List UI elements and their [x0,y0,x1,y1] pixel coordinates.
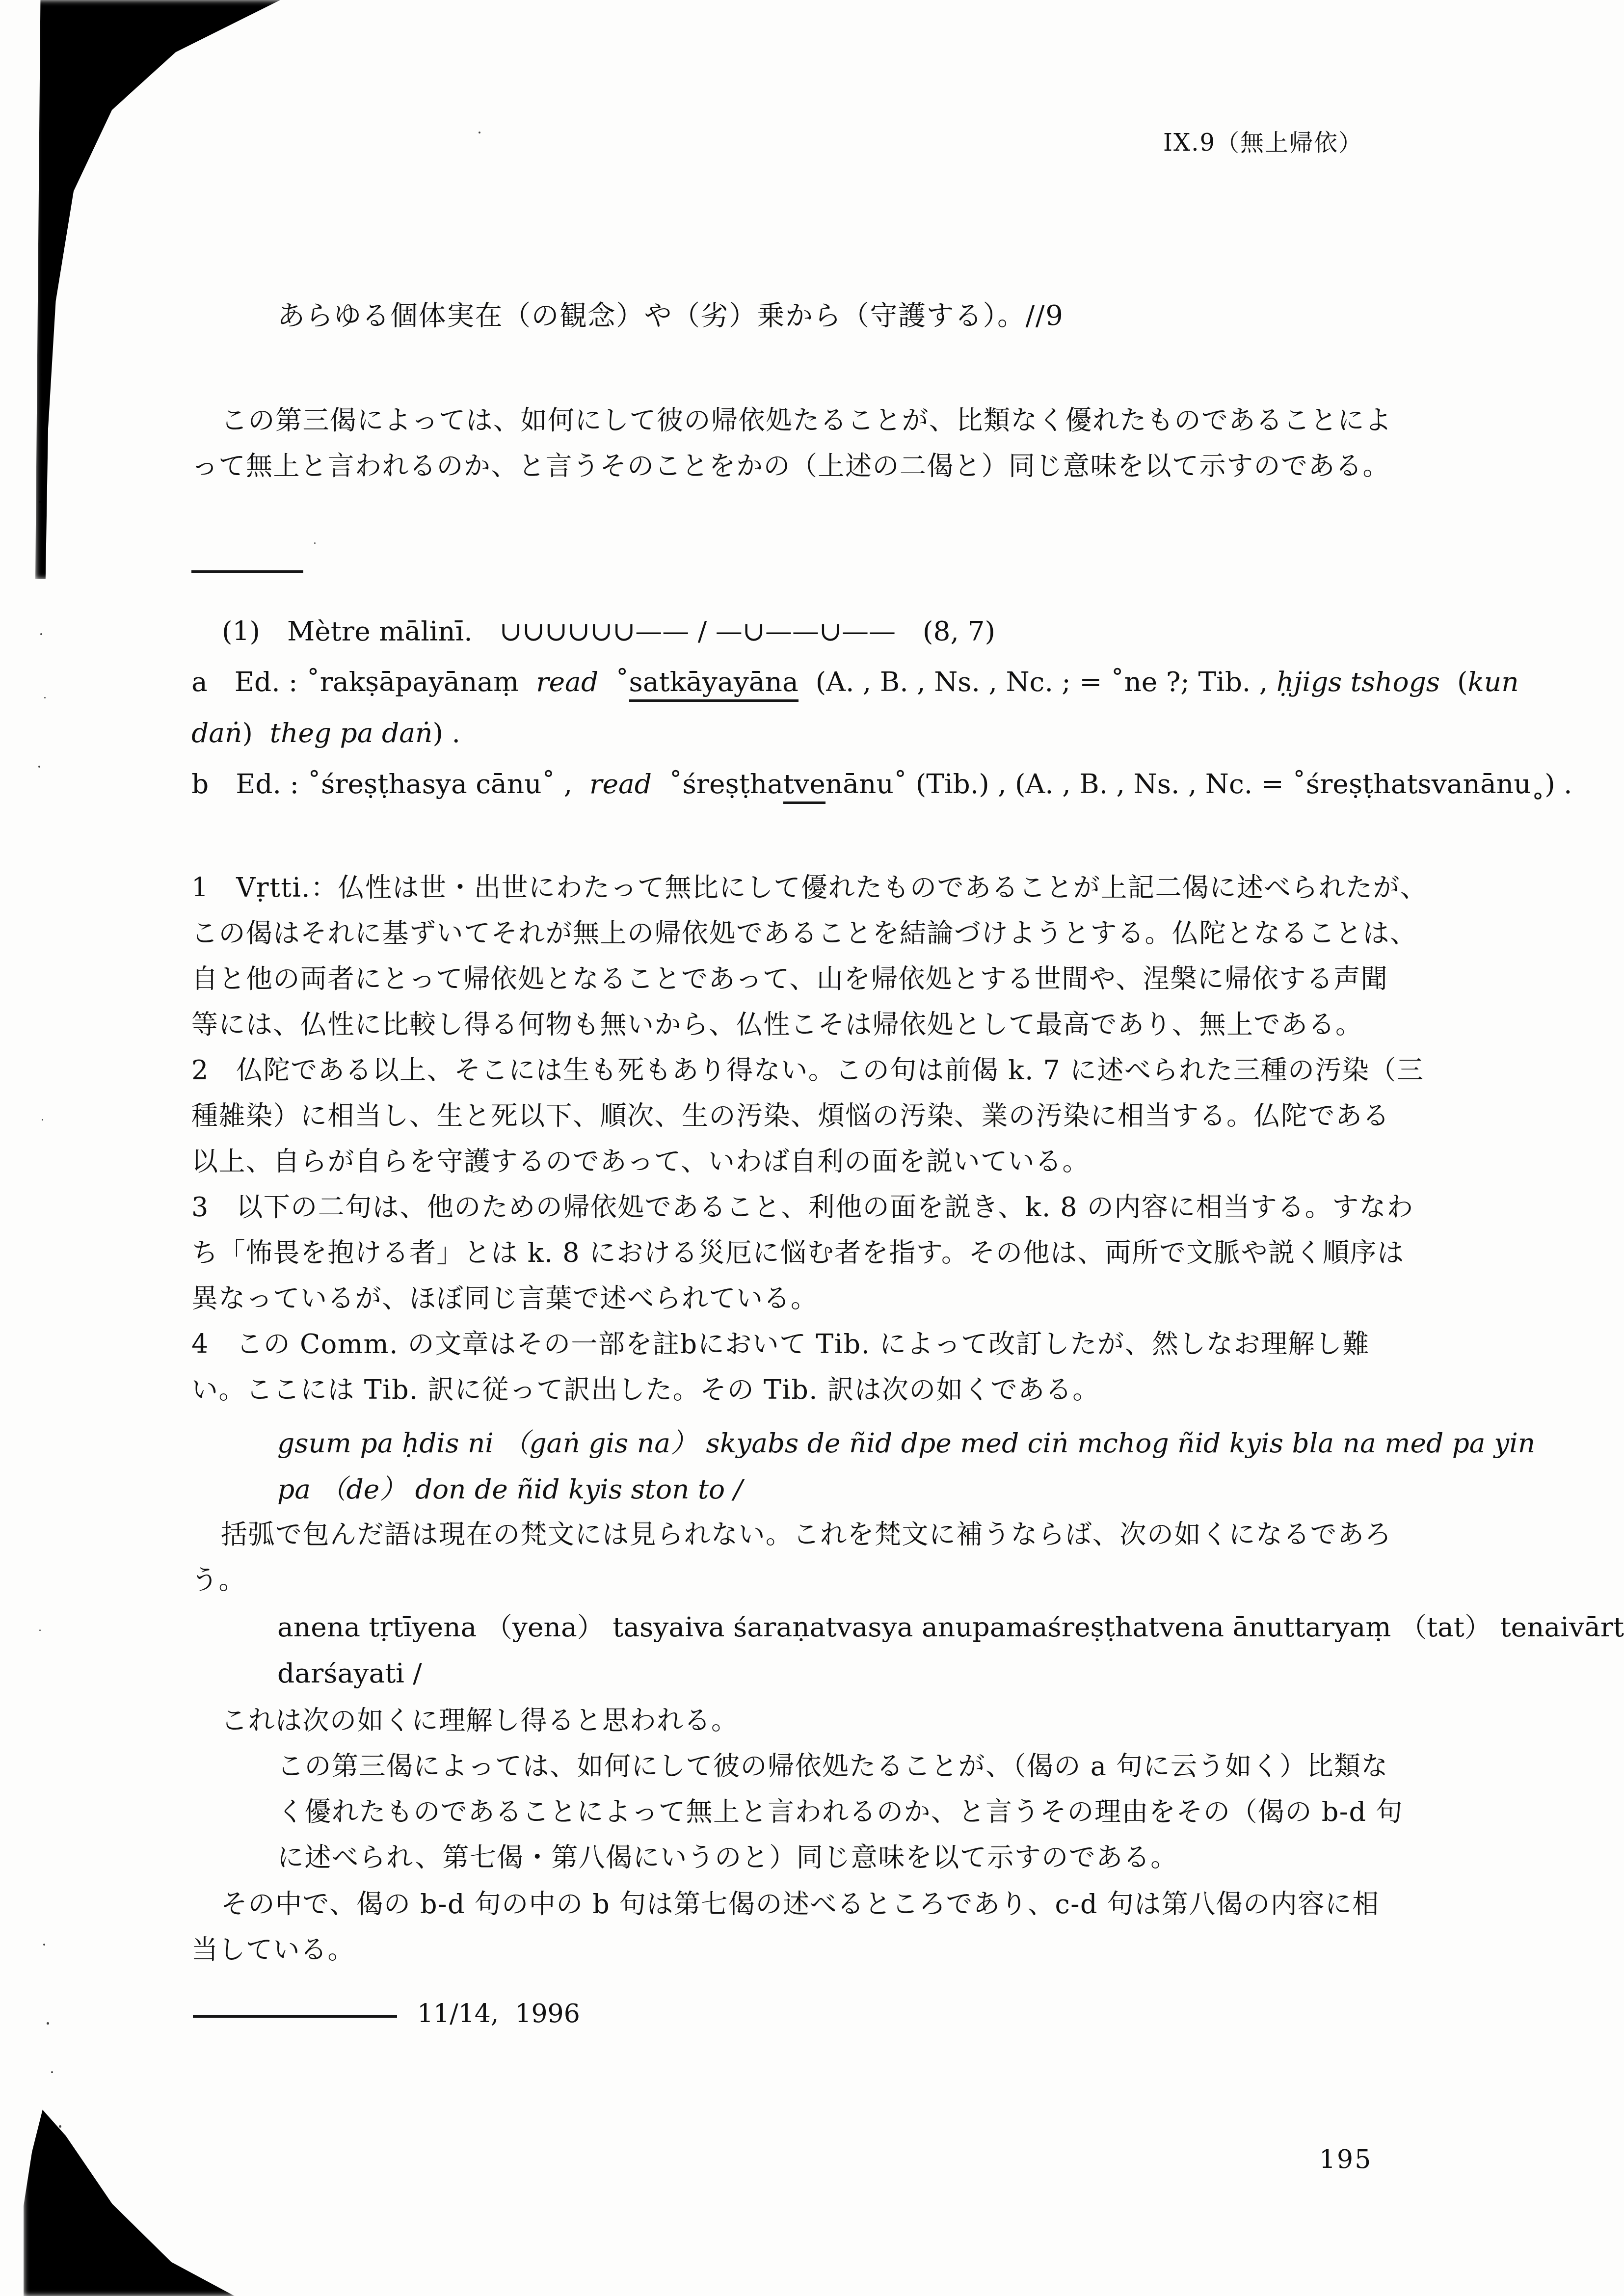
text-line: b Ed. : ˚śreṣṭhasya cānu˚ , read ˚śreṣṭh… [191,758,1572,809]
text-line: 1 Vṛtti.：仏性は世・出世にわたって無比にして優れたものであることが上記二… [191,865,1428,910]
text-line: う。 [191,1557,1392,1603]
text-line: く優れたものであることによって無上と言われるのか、と言うその理由をその（偈の b… [277,1789,1403,1835]
text-line: darśayati / [277,1650,1624,1696]
footer-rule [193,2015,397,2018]
text-line: その中で、偈の b-d 句の中の b 句は第七偈の述べるところであり、c-d 句… [191,1881,1380,1927]
scan-speckle [44,697,46,698]
text-line: ち「怖畏を抱ける者」とは k. 8 における災厄に悩む者を指す。その他は、両所で… [191,1230,1428,1276]
text-line: 異なっているが、ほぼ同じ言葉で述べられている。 [191,1276,1428,1321]
understanding-line: これは次の如くに理解し得ると思われる。 [221,1698,739,1744]
text-line: 等には、仏性に比較し得る何物も無いから、仏性こそは帰依処として最高であり、無上で… [191,1002,1428,1047]
text-line: この第三偈によっては、如何にして彼の帰依処たることが、（偈の a 句に云う如く）… [277,1743,1403,1789]
scanned-page: IX.9（無上帰依） あらゆる個体実在（の観念）や（劣）乗から（守護する）。//… [0,0,1624,2296]
scan-speckle [479,132,480,133]
page-number: 195 [1319,2145,1372,2174]
scan-speckle [45,442,47,444]
scan-artifact-bottom-left [24,2096,235,2296]
text-line: gsum pa ḥdis ni （gaṅ gis na） skyabs de ñ… [277,1420,1535,1466]
scan-speckle [43,1944,45,1946]
scan-speckle [40,633,42,635]
scan-speckle [47,2022,49,2025]
scan-speckle [42,1119,43,1121]
scan-speckle [314,542,316,544]
text-line: って無上と言われるのか、と言うそのことをかの（上述の二偈と）同じ意味を以て示すの… [191,442,1392,488]
block-quote: この第三偈によっては、如何にして彼の帰依処たることが、（偈の a 句に云う如く）… [277,1743,1403,1880]
tibetan-quote: gsum pa ḥdis ni （gaṅ gis na） skyabs de ñ… [277,1420,1535,1512]
sanskrit-quote: anena tṛtīyena （yena） tasyaiva śaraṇatva… [277,1604,1624,1696]
text-line: 4 この Comm. の文章はその一部を註bにおいて Tib. によって改訂した… [191,1321,1428,1367]
scan-speckle [47,314,49,316]
verse-line: あらゆる個体実在（の観念）や（劣）乗から（守護する）。//9 [277,293,1064,339]
text-line: 当している。 [191,1927,1380,1973]
text-line: 3 以下の二句は、他のための帰依処であること、利他の面を説き、k. 8 の内容に… [191,1184,1428,1230]
text-line: 種雑染）に相当し、生と死以下、順次、生の汚染、煩悩の汚染、業の汚染に相当する。仏… [191,1093,1428,1139]
intro-paragraph: この第三偈によっては、如何にして彼の帰依処たることが、比類なく優れたものであるこ… [191,397,1392,488]
text-line: この第三偈によっては、如何にして彼の帰依処たることが、比類なく優れたものであるこ… [191,397,1392,442]
text-line: 2 仏陀である以上、そこには生も死もあり得ない。この句は前偈 k. 7 に述べら… [191,1047,1428,1093]
bracket-paragraph: 括弧で包んだ語は現在の梵文には見られない。これを梵文に補うならば、次の如くになる… [191,1512,1392,1603]
text-line: この偈はそれに基ずいてそれが無上の帰依処であることを結論づけようとする。仏陀とな… [191,910,1428,956]
apparatus-notes: a Ed. : ˚rakṣāpayānaṃ read ˚satkāyayāna … [191,656,1572,809]
text-line: anena tṛtīyena （yena） tasyaiva śaraṇatva… [277,1604,1624,1650]
scan-speckle [38,766,40,768]
commentary-notes: 1 Vṛtti.：仏性は世・出世にわたって無比にして優れたものであることが上記二… [191,865,1428,1413]
scan-artifact-top-left [35,0,291,579]
text-line: pa （de） don de ñid kyis ston to / [277,1466,1535,1512]
scan-speckle [42,564,44,566]
scan-speckle [51,2071,53,2073]
text-line: daṅ) theg pa daṅ) . [191,707,1572,758]
footer-date: 11/14, 1996 [417,1992,580,2036]
scan-speckle [59,2125,61,2128]
text-line: 括弧で包んだ語は現在の梵文には見られない。これを梵文に補うならば、次の如くになる… [191,1512,1392,1557]
metre-line: (1) Mètre mālinī. ∪∪∪∪∪∪—— / —∪——∪—— (8,… [222,612,995,651]
text-line: 自と他の両者にとって帰依処となることであって、山を帰依処とする世間や、涅槃に帰依… [191,956,1428,1002]
text-line: 以上、自らが自らを守護するのであって、いわば自利の面を説いている。 [191,1139,1428,1184]
text-line: a Ed. : ˚rakṣāpayānaṃ read ˚satkāyayāna … [191,656,1572,707]
closing-paragraph: その中で、偈の b-d 句の中の b 句は第七偈の述べるところであり、c-d 句… [191,1881,1380,1973]
scan-speckle [39,501,42,503]
section-divider [191,570,303,573]
scan-speckle [39,1629,41,1631]
scan-speckle [41,373,44,376]
text-line: に述べられ、第七偈・第八偈にいうのと）同じ意味を以て示すのである。 [277,1835,1403,1880]
scan-speckle [43,275,46,277]
page-header: IX.9（無上帰依） [1163,124,1363,158]
text-line: い。ここには Tib. 訳に従って訳出した。その Tib. 訳は次の如くである。 [191,1367,1428,1413]
